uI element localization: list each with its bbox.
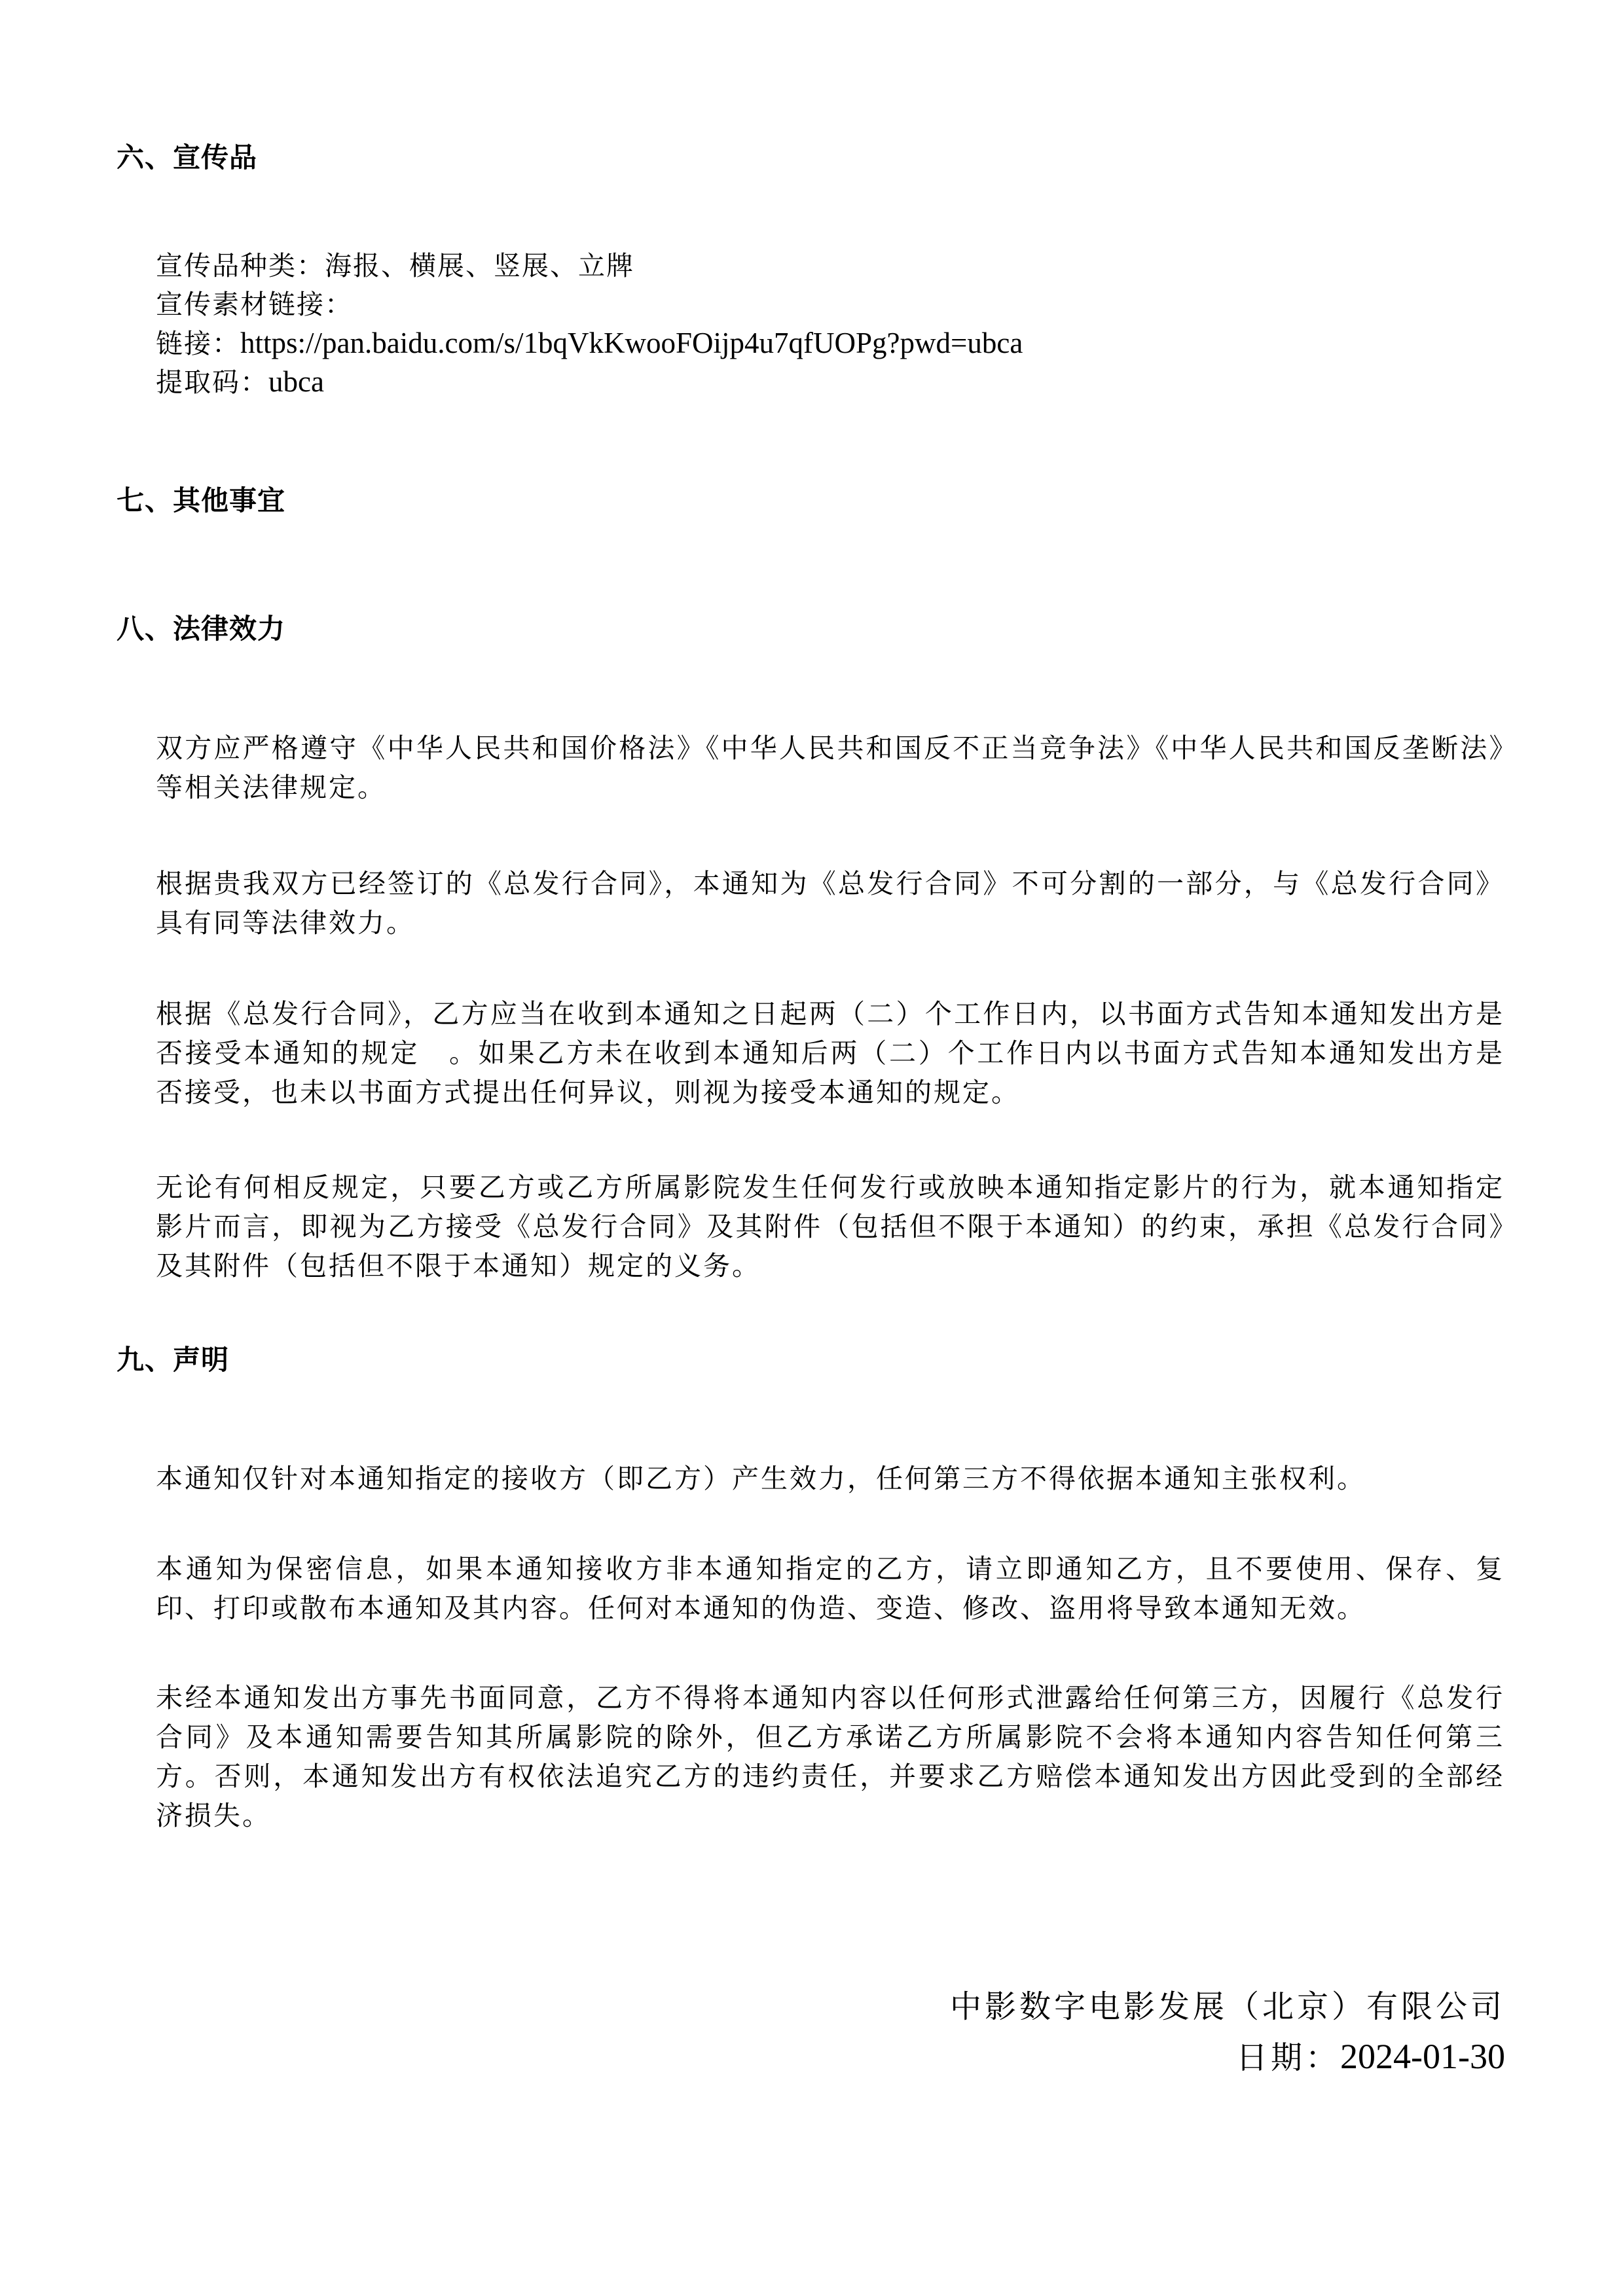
promo-link-label: 链接： [156,328,240,359]
signature-date-value: 2024-01-30 [1340,2037,1505,2076]
legal-paragraph: 无论有何相反规定，只要乙方或乙方所属影院发生任何发行或放映本通知指定影片的行为，… [156,1168,1504,1285]
legal-paragraph: 根据《总发行合同》，乙方应当在收到本通知之日起两（二）个工作日内，以书面方式告知… [156,994,1504,1112]
section-heading-other: 七、其他事宜 [117,484,285,517]
legal-paragraph: 根据贵我双方已经签订的《总发行合同》，本通知为《总发行合同》不可分割的一部分，与… [156,864,1504,942]
section-heading-legal: 八、法律效力 [117,613,285,645]
statement-paragraph: 本通知仅针对本通知指定的接收方（即乙方）产生效力，任何第三方不得依据本通知主张权… [156,1459,1504,1498]
section-heading-statement: 九、声明 [117,1344,229,1376]
statement-paragraph: 本通知为保密信息，如果本通知接收方非本通知指定的乙方，请立即通知乙方，且不要使用… [156,1549,1504,1628]
promo-code-value: ubca [268,365,324,398]
signature-date-label: 日期： [1236,2039,1340,2076]
signature-company: 中影数字电影发展（北京）有限公司 [950,1986,1505,2028]
document-page: 六、宣传品 宣传品种类：海报、横展、竖展、立牌 宣传素材链接： 链接：https… [0,0,1623,2296]
promo-types-label: 宣传品种类： [156,250,325,281]
statement-paragraph: 未经本通知发出方事先书面同意，乙方不得将本通知内容以任何形式泄露给任何第三方，因… [156,1678,1504,1835]
promo-types-value: 海报、横展、竖展、立牌 [325,250,634,281]
promo-types-line: 宣传品种类：海报、横展、竖展、立牌 [156,247,634,285]
section-heading-promo: 六、宣传品 [117,141,257,174]
promo-link-url[interactable]: https://pan.baidu.com/s/1bqVkKwooFOijp4u… [240,327,1023,359]
promo-code-line: 提取码：ubca [156,363,324,401]
promo-material-link-label: 宣传素材链接： [156,285,353,323]
signature-date-line: 日期：2024-01-30 [1236,2036,1505,2079]
legal-paragraph: 双方应严格遵守《中华人民共和国价格法》《中华人民共和国反不正当竞争法》《中华人民… [156,728,1504,807]
promo-code-label: 提取码： [156,367,268,398]
promo-link-line: 链接：https://pan.baidu.com/s/1bqVkKwooFOij… [156,324,1023,363]
